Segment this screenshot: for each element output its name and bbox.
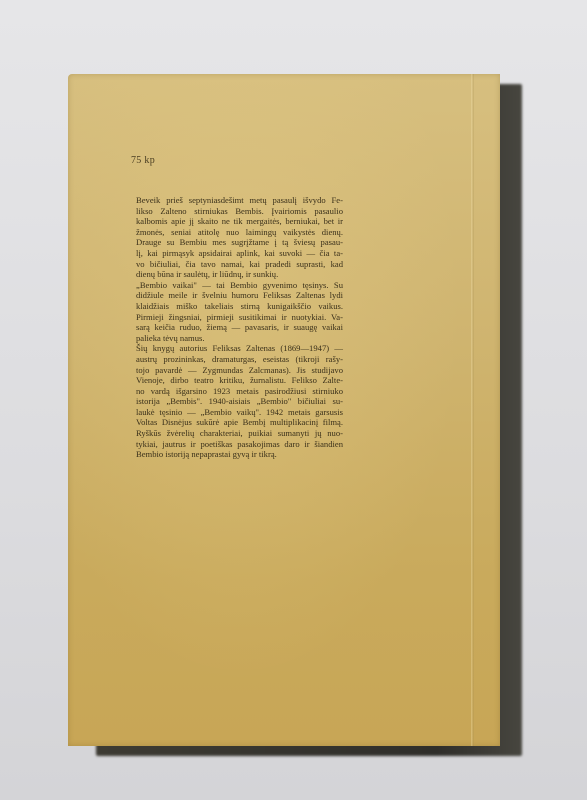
blurb-line: Pirmieji žingsniai, pirmieji susitikimai… (136, 312, 343, 323)
blurb-line: laukė tęsinio — „Bembio vaikų". 1942 met… (136, 407, 343, 418)
blurb-text: Beveik prieš septyniasdešimt metų pasaul… (136, 195, 343, 460)
book-back-cover: 75 kp Beveik prieš septyniasdešimt metų … (68, 74, 500, 746)
blurb-line: sarą keičia ruduo, žiemą — pavasaris, ir… (136, 322, 343, 333)
blurb-line: klaidžiais miško takeliais stirną kuniga… (136, 301, 343, 312)
blurb-line: žmonės, seniai atitolę nuo laimingų vaik… (136, 227, 343, 238)
blurb-line: Bembio istoriją nepaprastai gyvą ir tikr… (136, 449, 343, 460)
blurb-line: lį, kai pirmąsyk apsidairai aplink, kai … (136, 248, 343, 259)
blurb-line: Vienoje, dirbo teatro kritiku, žurnalist… (136, 375, 343, 386)
blurb-line: „Bembio vaikai" — tai Bembio gyvenimo tę… (136, 280, 343, 291)
price-label: 75 kp (131, 155, 155, 166)
blurb-line: didžiule meile ir švelniu humoru Feliksa… (136, 290, 343, 301)
blurb-line: tykiai, jautrus ir poetiškas pasakojimas… (136, 439, 343, 450)
blurb-line: istorija „Bembis". 1940-aisiais „Bembio"… (136, 396, 343, 407)
blurb-line: dienų būna ir saulėtų, ir liūdnų, ir sun… (136, 269, 343, 280)
blurb-line: Beveik prieš septyniasdešimt metų pasaul… (136, 195, 343, 206)
blurb-line: no vardą išgarsino 1923 metais pasirodži… (136, 386, 343, 397)
blurb-line: Šių knygų autorius Feliksas Zaltenas (18… (136, 343, 343, 354)
blurb-line: Ryškūs žvėrelių charakteriai, puikiai su… (136, 428, 343, 439)
blurb-line: palieka tėvų namus. (136, 333, 343, 344)
blurb-line: tojo pavardė — Zygmundas Zalcmanas). Jis… (136, 365, 343, 376)
blurb-line: Drauge su Bembiu mes sugrįžtame į tą švi… (136, 237, 343, 248)
spine-crease (471, 74, 474, 746)
blurb-line: kalbomis apie jį skaito ne tik mergaitės… (136, 216, 343, 227)
blurb-line: vo bičiuliai, čia tavo namai, kai praded… (136, 259, 343, 270)
blurb-line: likso Zalteno stirniukas Bembis. Įvairio… (136, 206, 343, 217)
blurb-line: austrų prozininkas, dramaturgas, eseista… (136, 354, 343, 365)
blurb-line: Voltas Disnėjus sukūrė apie Bembį multip… (136, 417, 343, 428)
